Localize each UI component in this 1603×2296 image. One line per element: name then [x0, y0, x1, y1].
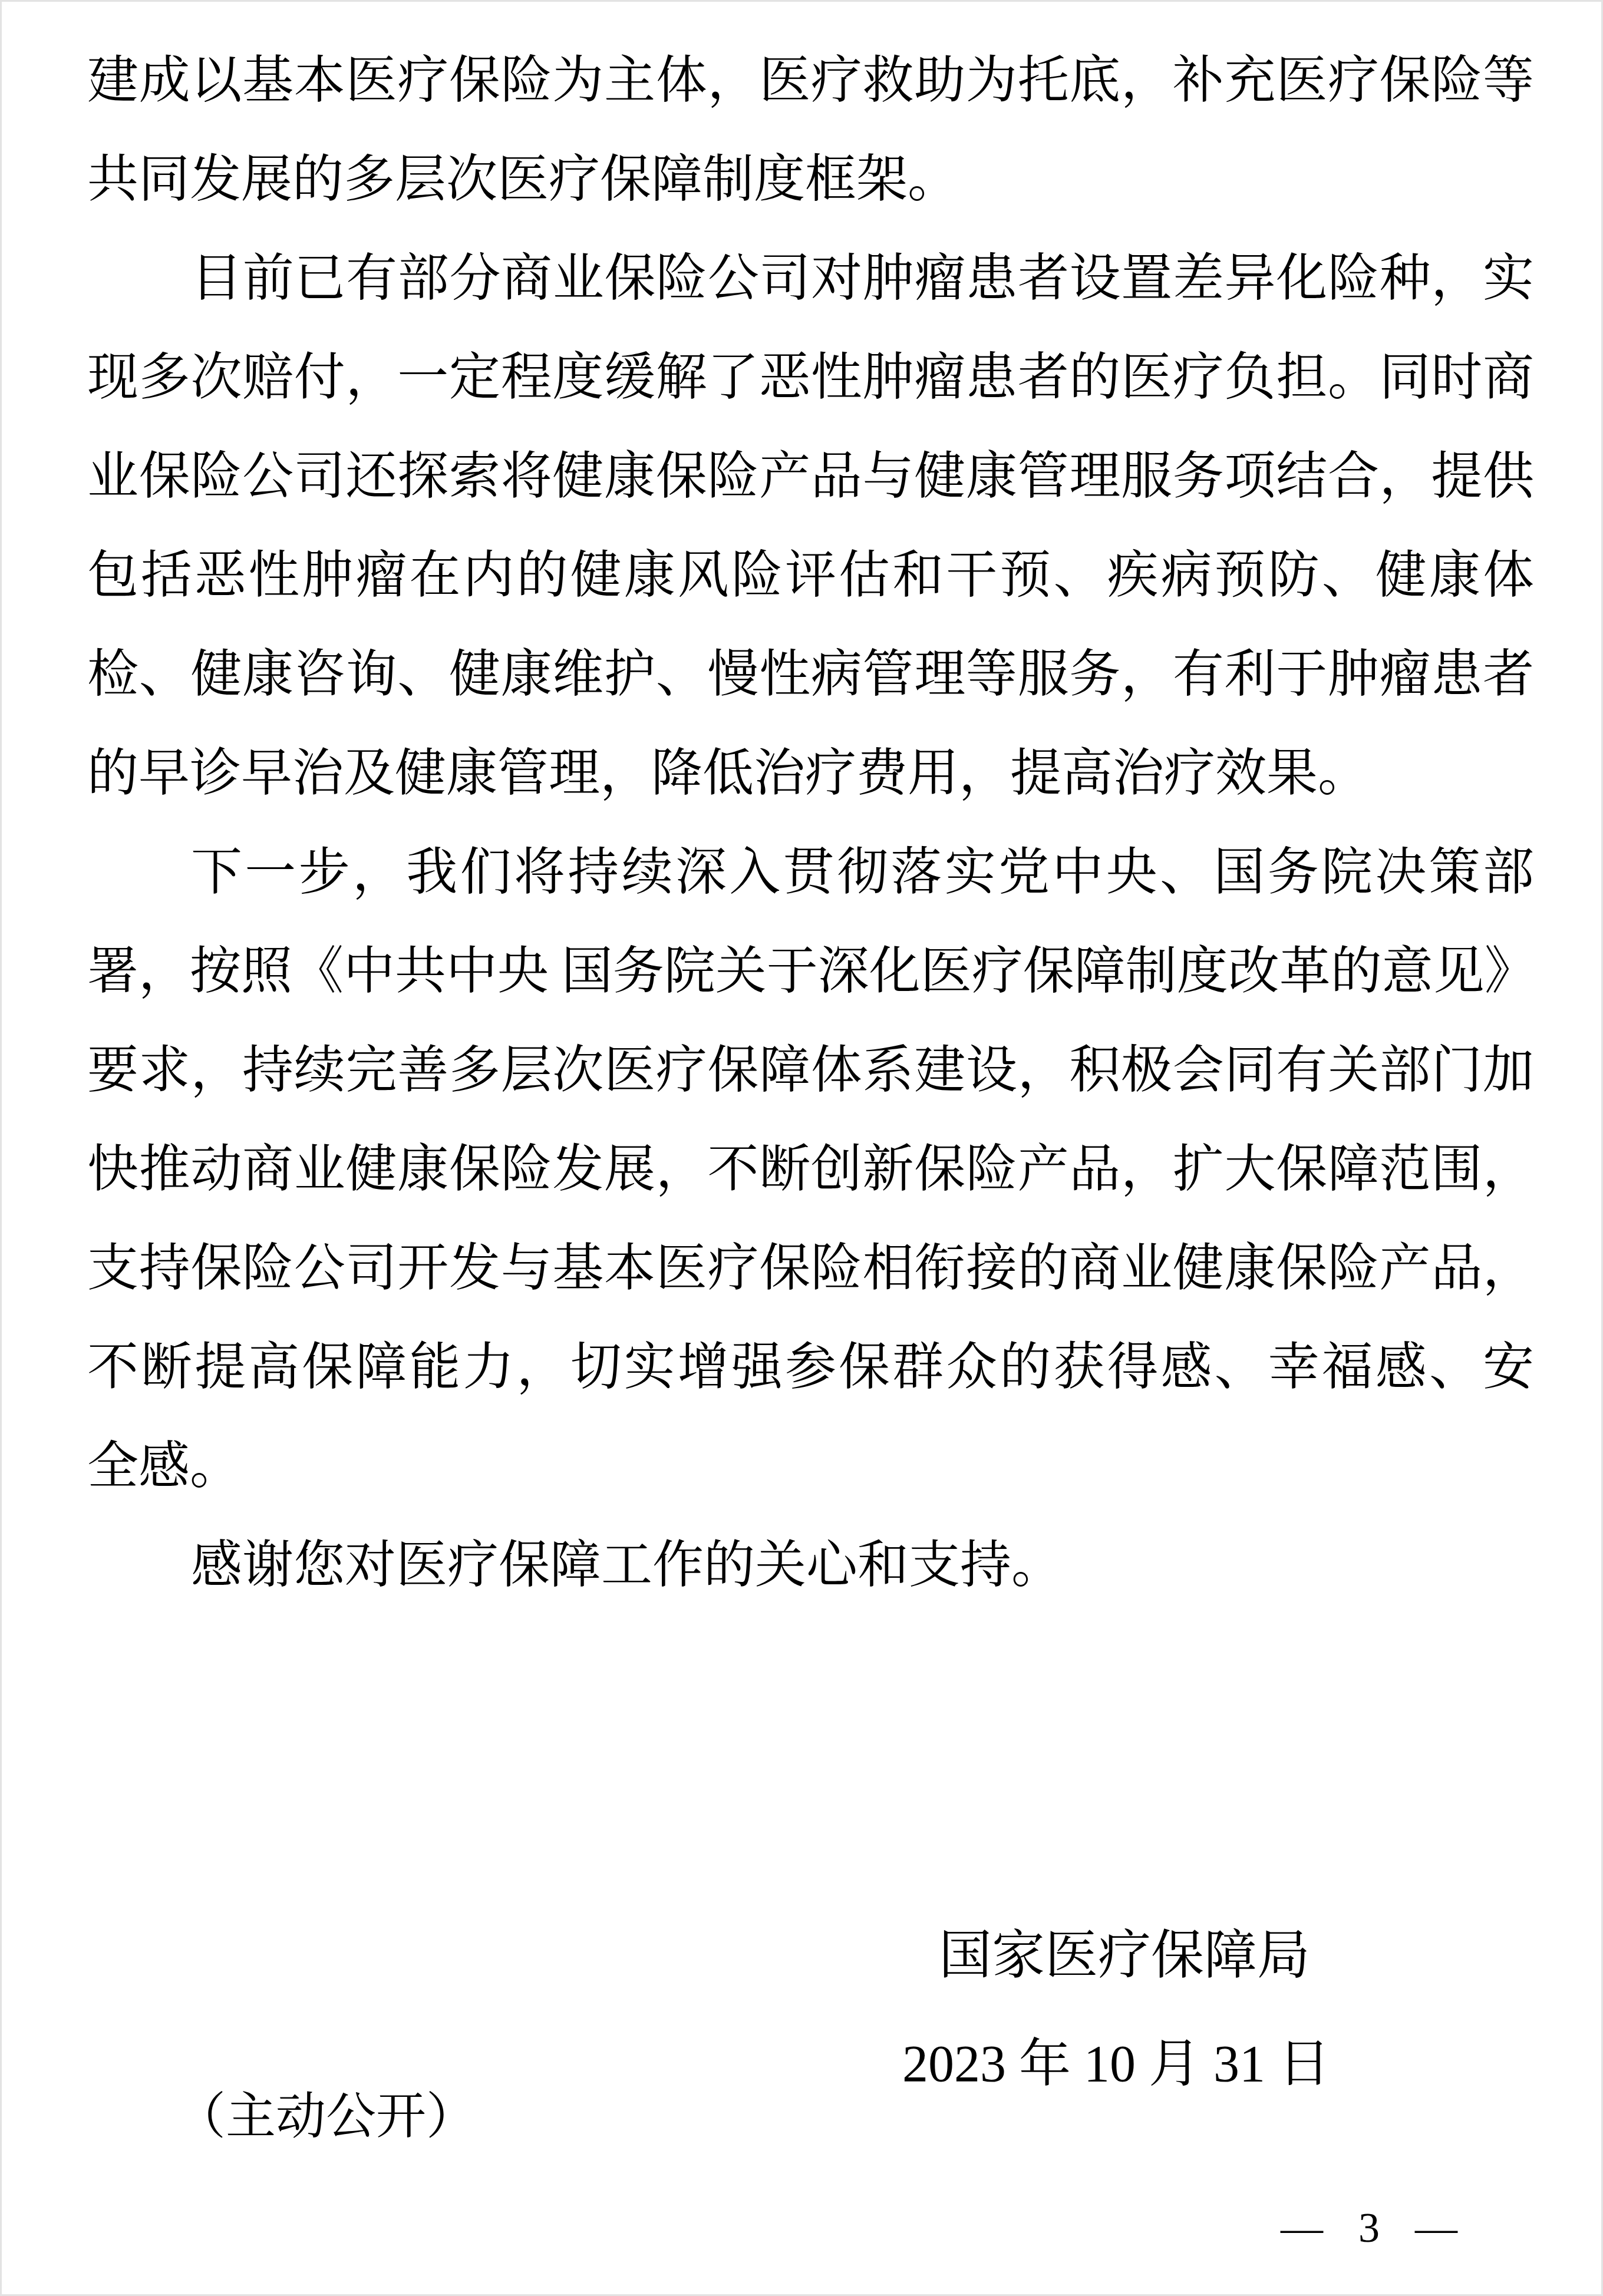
text-line: 目前已有部分商业保险公司对肿瘤患者设置差异化险种，实	[87, 229, 1534, 328]
text-line: 的早诊早治及健康管理，降低治疗费用，提高治疗效果。	[87, 724, 1534, 823]
text-line: 业保险公司还探索将健康保险产品与健康管理服务项结合，提供	[87, 427, 1534, 526]
text-line: 建成以基本医疗保险为主体，医疗救助为托底，补充医疗保险等	[87, 31, 1534, 130]
text-line: 现多次赔付，一定程度缓解了恶性肿瘤患者的医疗负担。同时商	[87, 328, 1534, 427]
disclosure-note: （主动公开）	[176, 2087, 476, 2146]
signature-agency: 国家医疗保障局	[939, 1924, 1310, 1988]
text-line: 共同发展的多层次医疗保障制度框架。	[87, 130, 1534, 229]
text-line: 署，按照《中共中央 国务院关于深化医疗保障制度改革的意见》	[87, 922, 1534, 1021]
text-line: 不断提高保障能力，切实增强参保群众的获得感、幸福感、安	[87, 1318, 1534, 1417]
text-line: 全感。	[87, 1417, 1534, 1516]
text-line: 下一步，我们将持续深入贯彻落实党中央、国务院决策部	[87, 823, 1534, 922]
text-line: 支持保险公司开发与基本医疗保险相衔接的商业健康保险产品，	[87, 1219, 1534, 1318]
text-line: 快推动商业健康保险发展，不断创新保险产品，扩大保障范围，	[87, 1120, 1534, 1219]
page-number: — 3 —	[1281, 2204, 1457, 2251]
document-page: 建成以基本医疗保险为主体，医疗救助为托底，补充医疗保险等共同发展的多层次医疗保障…	[0, 0, 1603, 2296]
text-line: 感谢您对医疗保障工作的关心和支持。	[87, 1516, 1534, 1615]
text-line: 包括恶性肿瘤在内的健康风险评估和干预、疾病预防、健康体	[87, 526, 1534, 625]
signature-date: 2023 年 10 月 31 日	[902, 2033, 1330, 2095]
text-line: 检、健康咨询、健康维护、慢性病管理等服务，有利于肿瘤患者	[87, 625, 1534, 724]
document-body: 建成以基本医疗保险为主体，医疗救助为托底，补充医疗保险等共同发展的多层次医疗保障…	[87, 31, 1534, 1615]
text-line: 要求，持续完善多层次医疗保障体系建设，积极会同有关部门加	[87, 1021, 1534, 1120]
